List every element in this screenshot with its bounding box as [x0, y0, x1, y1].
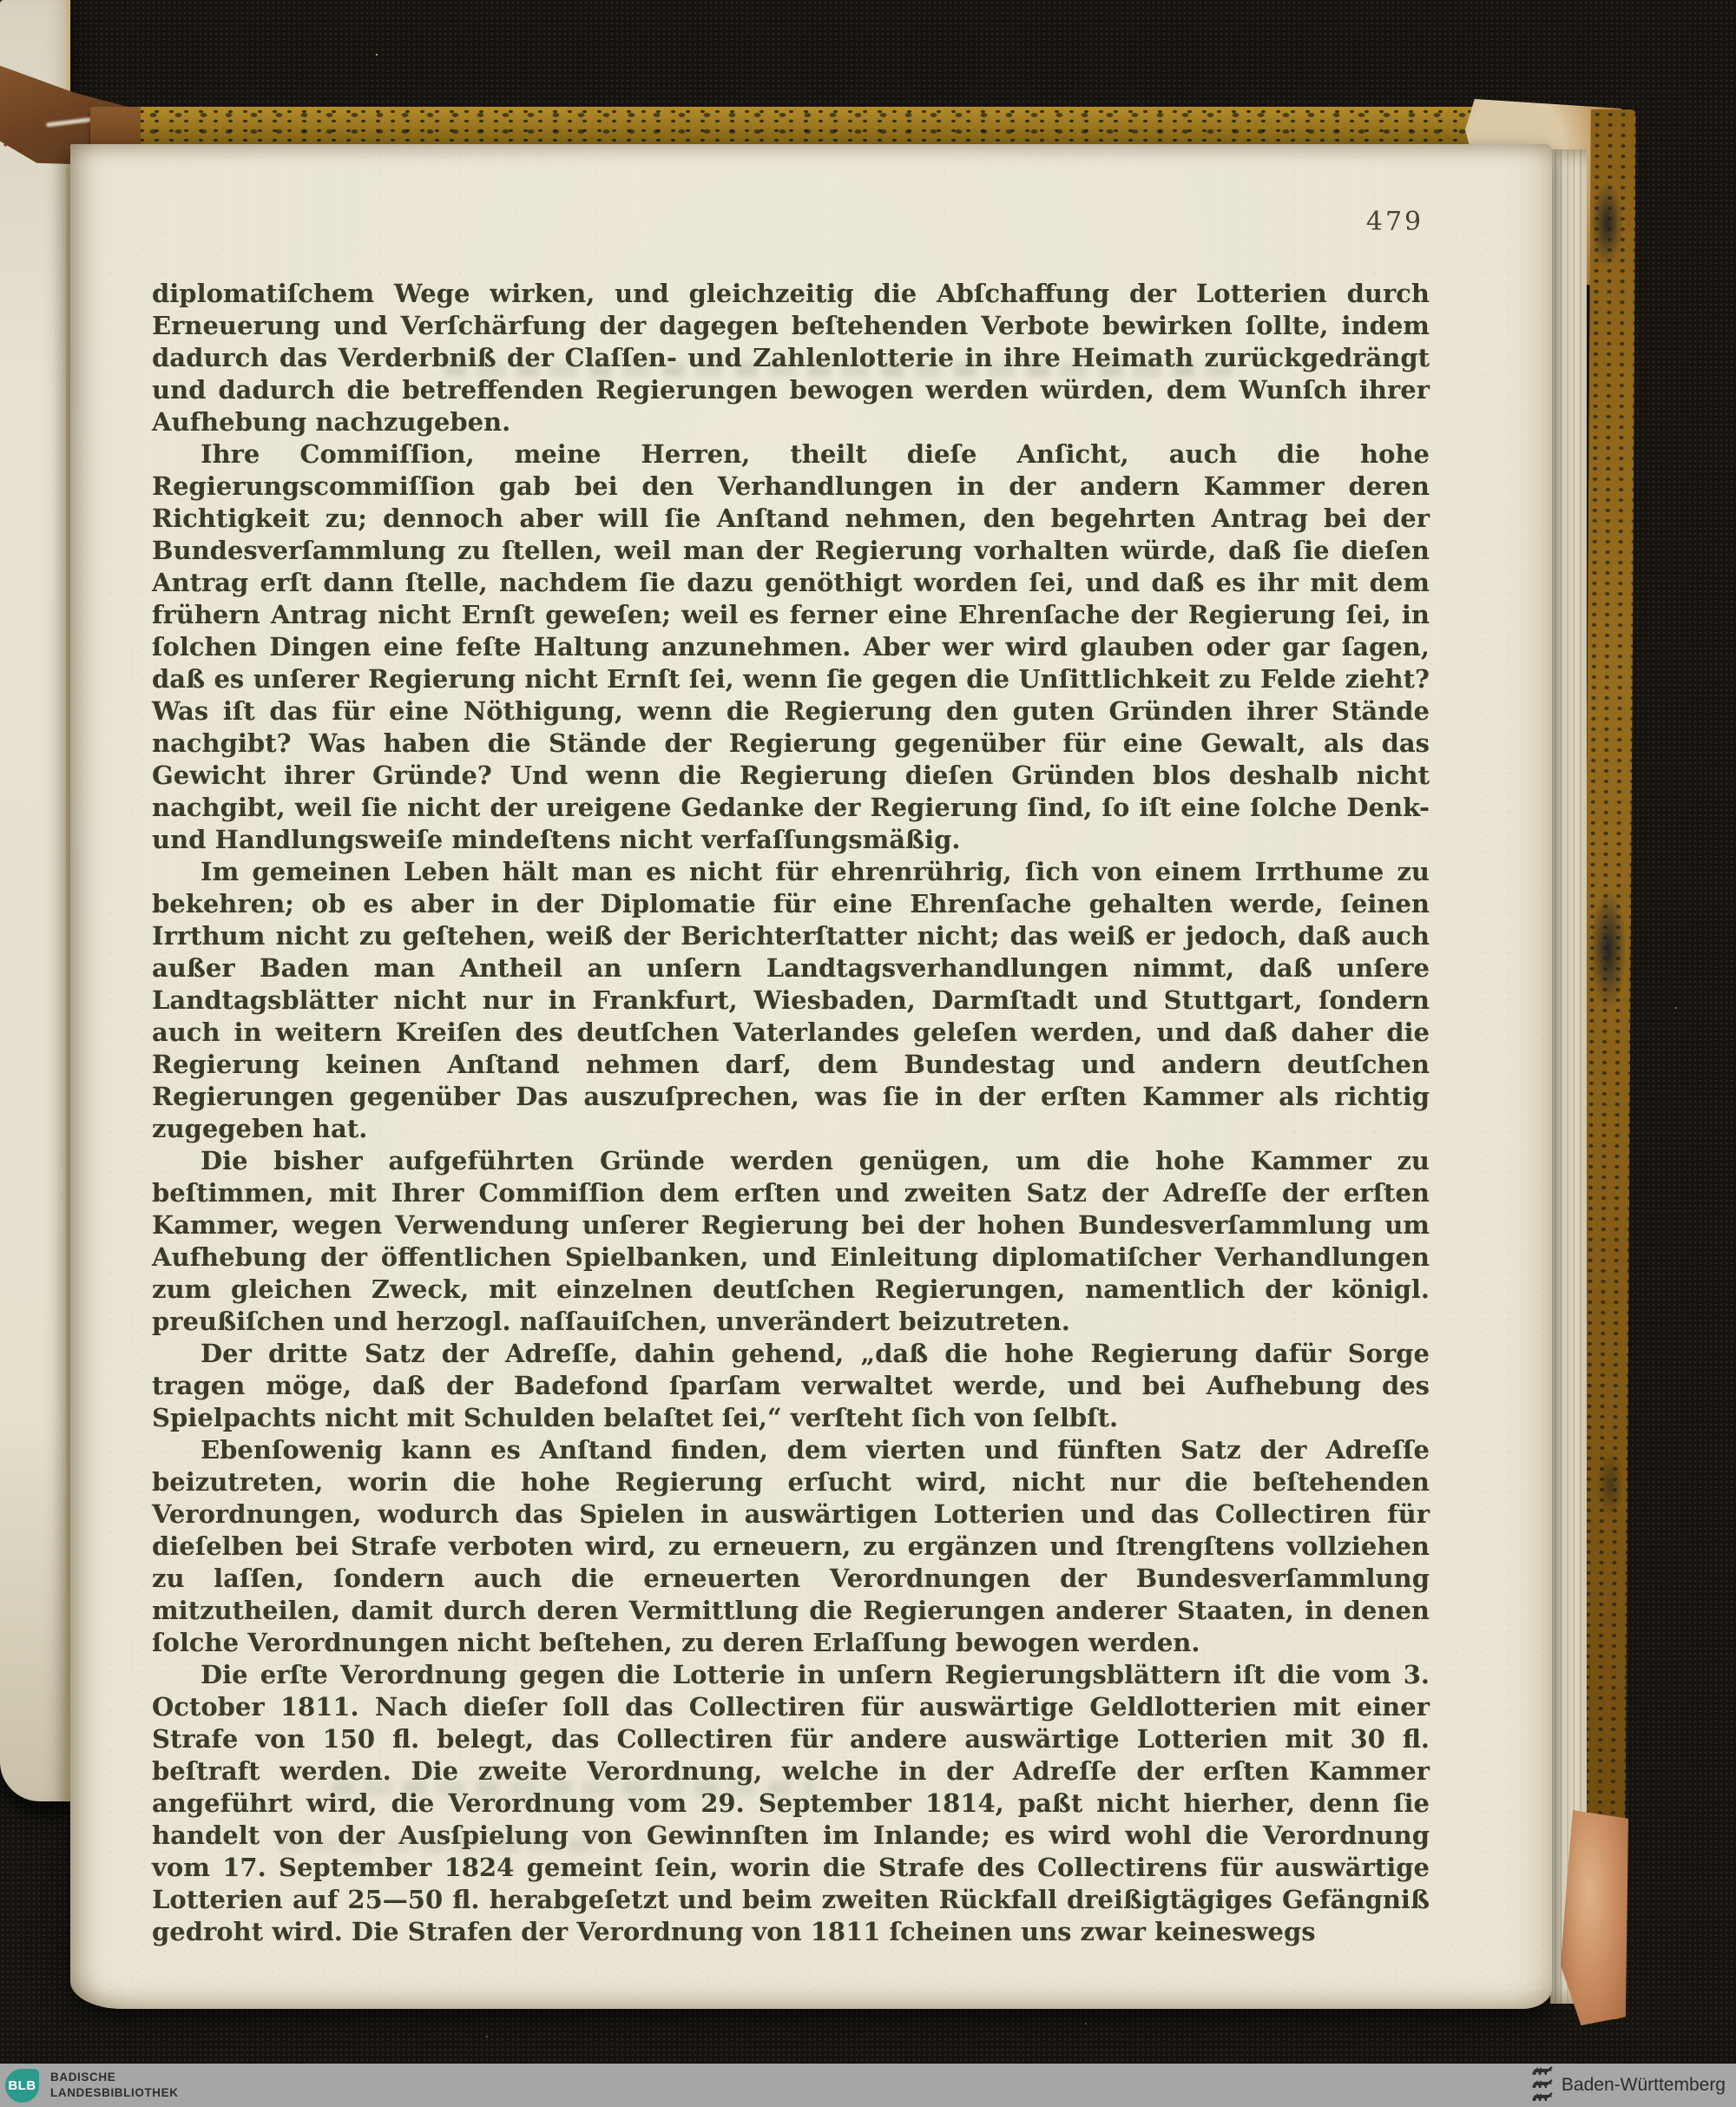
paragraph: Im gemeinen Leben hält man es nicht für …: [152, 856, 1430, 1145]
page-number: 479: [1343, 207, 1447, 237]
paragraph: Die erſte Verordnung gegen die Lotterie …: [152, 1659, 1430, 1948]
state-branding: Baden-Württemberg: [1530, 2066, 1726, 2104]
cover-edge-right: [1579, 109, 1635, 2019]
paragraph: Der dritte Satz der Adreſſe, dahin gehen…: [152, 1338, 1430, 1434]
library-branding: BLB BADISCHE LANDESBIBLIOTHEK: [5, 2069, 179, 2103]
main-page: 479 diplomatiſchem Wege wirken, und glei…: [70, 144, 1552, 2009]
book-scan: 479 diplomatiſchem Wege wirken, und glei…: [0, 0, 1736, 2107]
library-name-line1: BADISCHE: [50, 2070, 179, 2085]
body-text: diplomatiſchem Wege wirken, und gleichze…: [152, 278, 1430, 1948]
digitization-footer: BLB BADISCHE LANDESBIBLIOTHEK Baden-Würt…: [0, 2064, 1736, 2107]
paragraph: Ihre Commiſſion, meine Herren, theilt di…: [152, 438, 1430, 856]
worn-corner-bottom-right: [1561, 1810, 1628, 2025]
paragraph: diplomatiſchem Wege wirken, und gleichze…: [152, 278, 1430, 438]
library-name: BADISCHE LANDESBIBLIOTHEK: [50, 2070, 179, 2101]
library-name-line2: LANDESBIBLIOTHEK: [50, 2085, 179, 2101]
paragraph: Die bisher aufgeführten Gründe werden ge…: [152, 1145, 1430, 1338]
cover-edge-top: [90, 107, 1536, 147]
page-stack-fore-edge: [1550, 149, 1587, 2004]
bw-coat-of-arms-icon: [1530, 2066, 1554, 2104]
blb-logo-icon: BLB: [5, 2069, 39, 2103]
state-name: Baden-Württemberg: [1562, 2075, 1726, 2096]
facing-page-edge: [0, 0, 70, 1801]
paragraph: Ebenſowenig kann es Anſtand finden, dem …: [152, 1434, 1430, 1659]
